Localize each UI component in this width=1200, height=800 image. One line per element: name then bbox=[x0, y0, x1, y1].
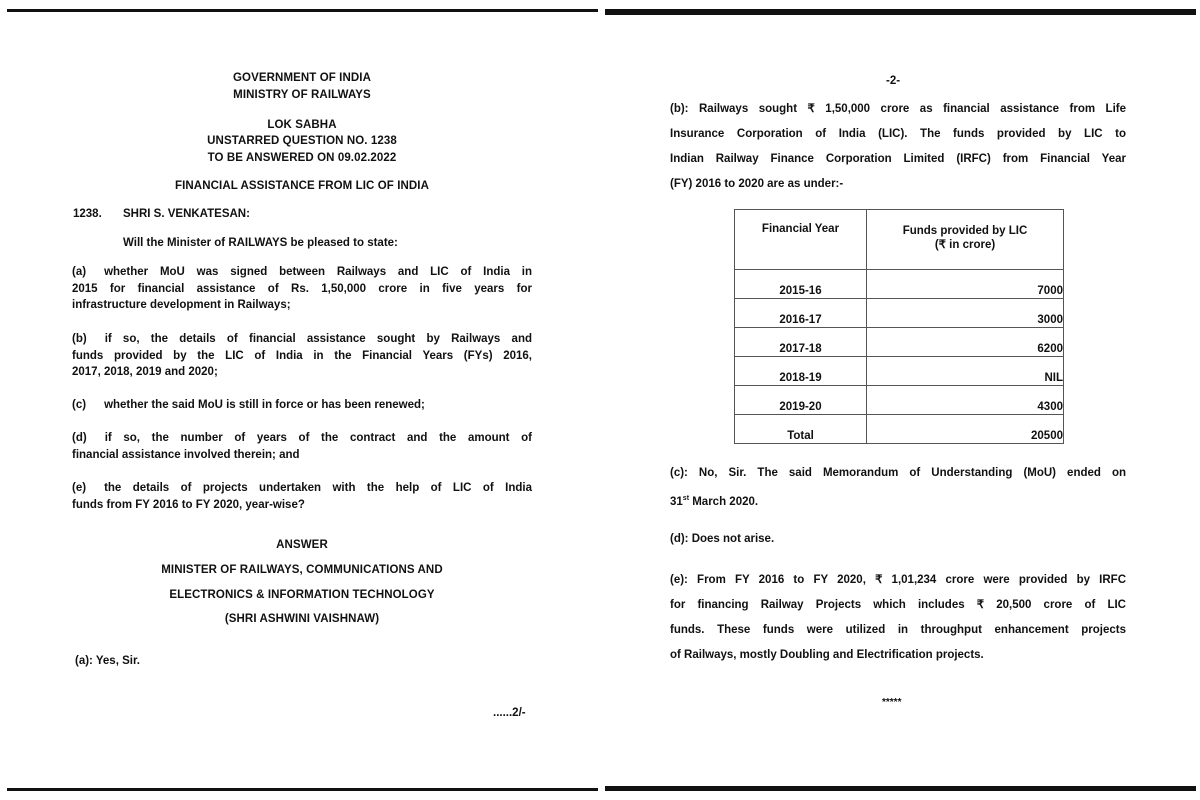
table-header-row: Financial Year Funds provided by LIC (₹ … bbox=[735, 210, 1064, 270]
question-number: 1238. bbox=[73, 208, 102, 220]
answer-heading: ANSWER bbox=[0, 539, 604, 551]
minister-title-line2: ELECTRONICS & INFORMATION TECHNOLOGY bbox=[0, 589, 604, 601]
cell-year: 2016-17 bbox=[735, 299, 867, 328]
cell-year: 2015-16 bbox=[735, 270, 867, 299]
table-total-row: Total 20500 bbox=[735, 415, 1064, 444]
asker-name: SHRI S. VENKATESAN: bbox=[123, 208, 250, 220]
page1-top-rule bbox=[7, 9, 598, 12]
ministry-heading: MINISTRY OF RAILWAYS bbox=[0, 89, 604, 101]
answer-part-c: (c): No, Sir. The said Memorandum of Und… bbox=[670, 461, 1126, 515]
answer-part-d: (d): Does not arise. bbox=[670, 533, 774, 545]
table-row: 2018-19 NIL bbox=[735, 357, 1064, 386]
end-marker: ***** bbox=[882, 697, 901, 708]
question-part-d: (d)if so, the number of years of the con… bbox=[72, 430, 532, 463]
answer-part-e: (e): From FY 2016 to FY 2020, ₹ 1,01,234… bbox=[670, 568, 1126, 668]
part-label: (d) bbox=[72, 432, 87, 444]
question-part-b: (b)if so, the details of financial assis… bbox=[72, 331, 532, 381]
cell-total-amount: 20500 bbox=[867, 415, 1064, 444]
page1-bottom-rule bbox=[7, 788, 598, 791]
part-label: (a) bbox=[72, 266, 86, 278]
house-heading: LOK SABHA bbox=[0, 119, 604, 131]
question-part-a: (a)whether MoU was signed between Railwa… bbox=[72, 264, 532, 314]
page2-bottom-rule bbox=[605, 786, 1196, 791]
govt-heading: GOVERNMENT OF INDIA bbox=[0, 72, 604, 84]
question-part-e: (e)the details of projects undertaken wi… bbox=[72, 480, 532, 513]
question-intro: Will the Minister of RAILWAYS be pleased… bbox=[123, 237, 398, 249]
cell-year: 2018-19 bbox=[735, 357, 867, 386]
subject-heading: FINANCIAL ASSISTANCE FROM LIC OF INDIA bbox=[0, 180, 604, 192]
answer-part-b: (b): Railways sought ₹ 1,50,000 crore as… bbox=[670, 97, 1126, 197]
cell-amount: 4300 bbox=[867, 386, 1064, 415]
cell-year: 2017-18 bbox=[735, 328, 867, 357]
column-header-financial-year: Financial Year bbox=[735, 210, 867, 270]
answer-date-heading: TO BE ANSWERED ON 09.02.2022 bbox=[0, 152, 604, 164]
continuation-marker: ......2/- bbox=[493, 707, 526, 719]
page2-top-rule bbox=[605, 9, 1196, 15]
answer-part-a: (a): Yes, Sir. bbox=[75, 655, 140, 667]
lic-funds-table: Financial Year Funds provided by LIC (₹ … bbox=[734, 209, 1064, 444]
cell-amount: NIL bbox=[867, 357, 1064, 386]
cell-amount: 3000 bbox=[867, 299, 1064, 328]
part-label: (e) bbox=[72, 482, 86, 494]
minister-title-line1: MINISTER OF RAILWAYS, COMMUNICATIONS AND bbox=[0, 564, 604, 576]
table-row: 2017-18 6200 bbox=[735, 328, 1064, 357]
table-row: 2015-16 7000 bbox=[735, 270, 1064, 299]
part-label: (c) bbox=[72, 399, 86, 411]
cell-total-label: Total bbox=[735, 415, 867, 444]
minister-name: (SHRI ASHWINI VAISHNAW) bbox=[0, 613, 604, 625]
question-number-heading: UNSTARRED QUESTION NO. 1238 bbox=[0, 135, 604, 147]
table-row: 2016-17 3000 bbox=[735, 299, 1064, 328]
cell-amount: 7000 bbox=[867, 270, 1064, 299]
column-header-funds: Funds provided by LIC (₹ in crore) bbox=[867, 210, 1064, 270]
cell-amount: 6200 bbox=[867, 328, 1064, 357]
part-label: (b) bbox=[72, 333, 87, 345]
page-number: -2- bbox=[886, 75, 900, 87]
cell-year: 2019-20 bbox=[735, 386, 867, 415]
question-part-c: (c)whether the said MoU is still in forc… bbox=[72, 397, 532, 414]
table-row: 2019-20 4300 bbox=[735, 386, 1064, 415]
